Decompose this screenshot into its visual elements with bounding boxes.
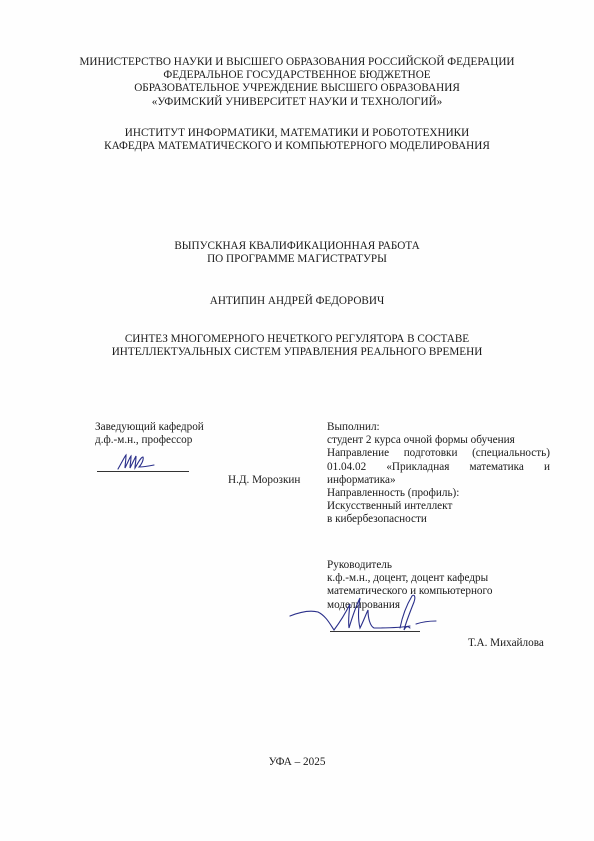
head-signature-line <box>97 471 189 472</box>
head-of-department: Заведующий кафедрой д.ф.-м.н., профессор <box>95 421 204 447</box>
supervisor-signature-line <box>330 631 420 632</box>
head-signature-icon <box>116 452 156 472</box>
institute-header: ИНСТИТУТ ИНФОРМАТИКИ, МАТЕМАТИКИ И РОБОТ… <box>0 127 594 153</box>
work-type: ВЫПУСКНАЯ КВАЛИФИКАЦИОННАЯ РАБОТА ПО ПРО… <box>0 240 594 266</box>
direction-label: Направление подготовки (специальность) <box>327 447 550 460</box>
institute-line: ИНСТИТУТ ИНФОРМАТИКИ, МАТЕМАТИКИ И РОБОТ… <box>0 127 594 140</box>
author-name: АНТИПИН АНДРЕЙ ФЕДОРОВИЧ <box>0 295 594 308</box>
head-degree: д.ф.-м.н., профессор <box>95 434 204 447</box>
thesis-title: СИНТЕЗ МНОГОМЕРНОГО НЕЧЕТКОГО РЕГУЛЯТОРА… <box>0 333 594 359</box>
profile-line: Искусственный интеллект <box>327 500 550 513</box>
performer-status: студент 2 курса очной формы обучения <box>327 434 550 447</box>
author-line: АНТИПИН АНДРЕЙ ФЕДОРОВИЧ <box>0 295 594 308</box>
direction-code: 01.04.02 «Прикладная математика и <box>327 461 550 474</box>
city-year-footer: УФА – 2025 <box>0 756 594 769</box>
title-line: ИНТЕЛЛЕКТУАЛЬНЫХ СИСТЕМ УПРАВЛЕНИЯ РЕАЛЬ… <box>0 346 594 359</box>
title-line: СИНТЕЗ МНОГОМЕРНОГО НЕЧЕТКОГО РЕГУЛЯТОРА… <box>0 333 594 346</box>
head-role: Заведующий кафедрой <box>95 421 204 434</box>
profile-line: в кибербезопасности <box>327 513 550 526</box>
performer-label: Выполнил: <box>327 421 550 434</box>
ministry-header: МИНИСТЕРСТВО НАУКИ И ВЫСШЕГО ОБРАЗОВАНИЯ… <box>0 56 594 109</box>
work-type-line: ВЫПУСКНАЯ КВАЛИФИКАЦИОННАЯ РАБОТА <box>0 240 594 253</box>
header-line: ОБРАЗОВАТЕЛЬНОЕ УЧРЕЖДЕНИЕ ВЫСШЕГО ОБРАЗ… <box>0 82 594 95</box>
footer-text: УФА – 2025 <box>0 756 594 769</box>
performer-block: Выполнил: студент 2 курса очной формы об… <box>327 421 550 527</box>
title-page: МИНИСТЕРСТВО НАУКИ И ВЫСШЕГО ОБРАЗОВАНИЯ… <box>0 0 594 841</box>
header-line: «УФИМСКИЙ УНИВЕРСИТЕТ НАУКИ И ТЕХНОЛОГИЙ… <box>0 96 594 109</box>
supervisor-name: Т.А. Михайлова <box>468 637 544 650</box>
department-line: КАФЕДРА МАТЕМАТИЧЕСКОГО И КОМПЬЮТЕРНОГО … <box>0 140 594 153</box>
supervisor-line: к.ф.-м.н., доцент, доцент кафедры <box>327 572 492 585</box>
supervisor-signature-icon <box>288 592 438 634</box>
head-name: Н.Д. Морозкин <box>228 474 300 487</box>
header-line: ФЕДЕРАЛЬНОЕ ГОСУДАРСТВЕННОЕ БЮДЖЕТНОЕ <box>0 69 594 82</box>
profile-label: Направленность (профиль): <box>327 487 550 500</box>
direction-tail: информатика» <box>327 474 550 487</box>
header-line: МИНИСТЕРСТВО НАУКИ И ВЫСШЕГО ОБРАЗОВАНИЯ… <box>0 56 594 69</box>
supervisor-role: Руководитель <box>327 559 492 572</box>
work-type-line: ПО ПРОГРАММЕ МАГИСТРАТУРЫ <box>0 253 594 266</box>
